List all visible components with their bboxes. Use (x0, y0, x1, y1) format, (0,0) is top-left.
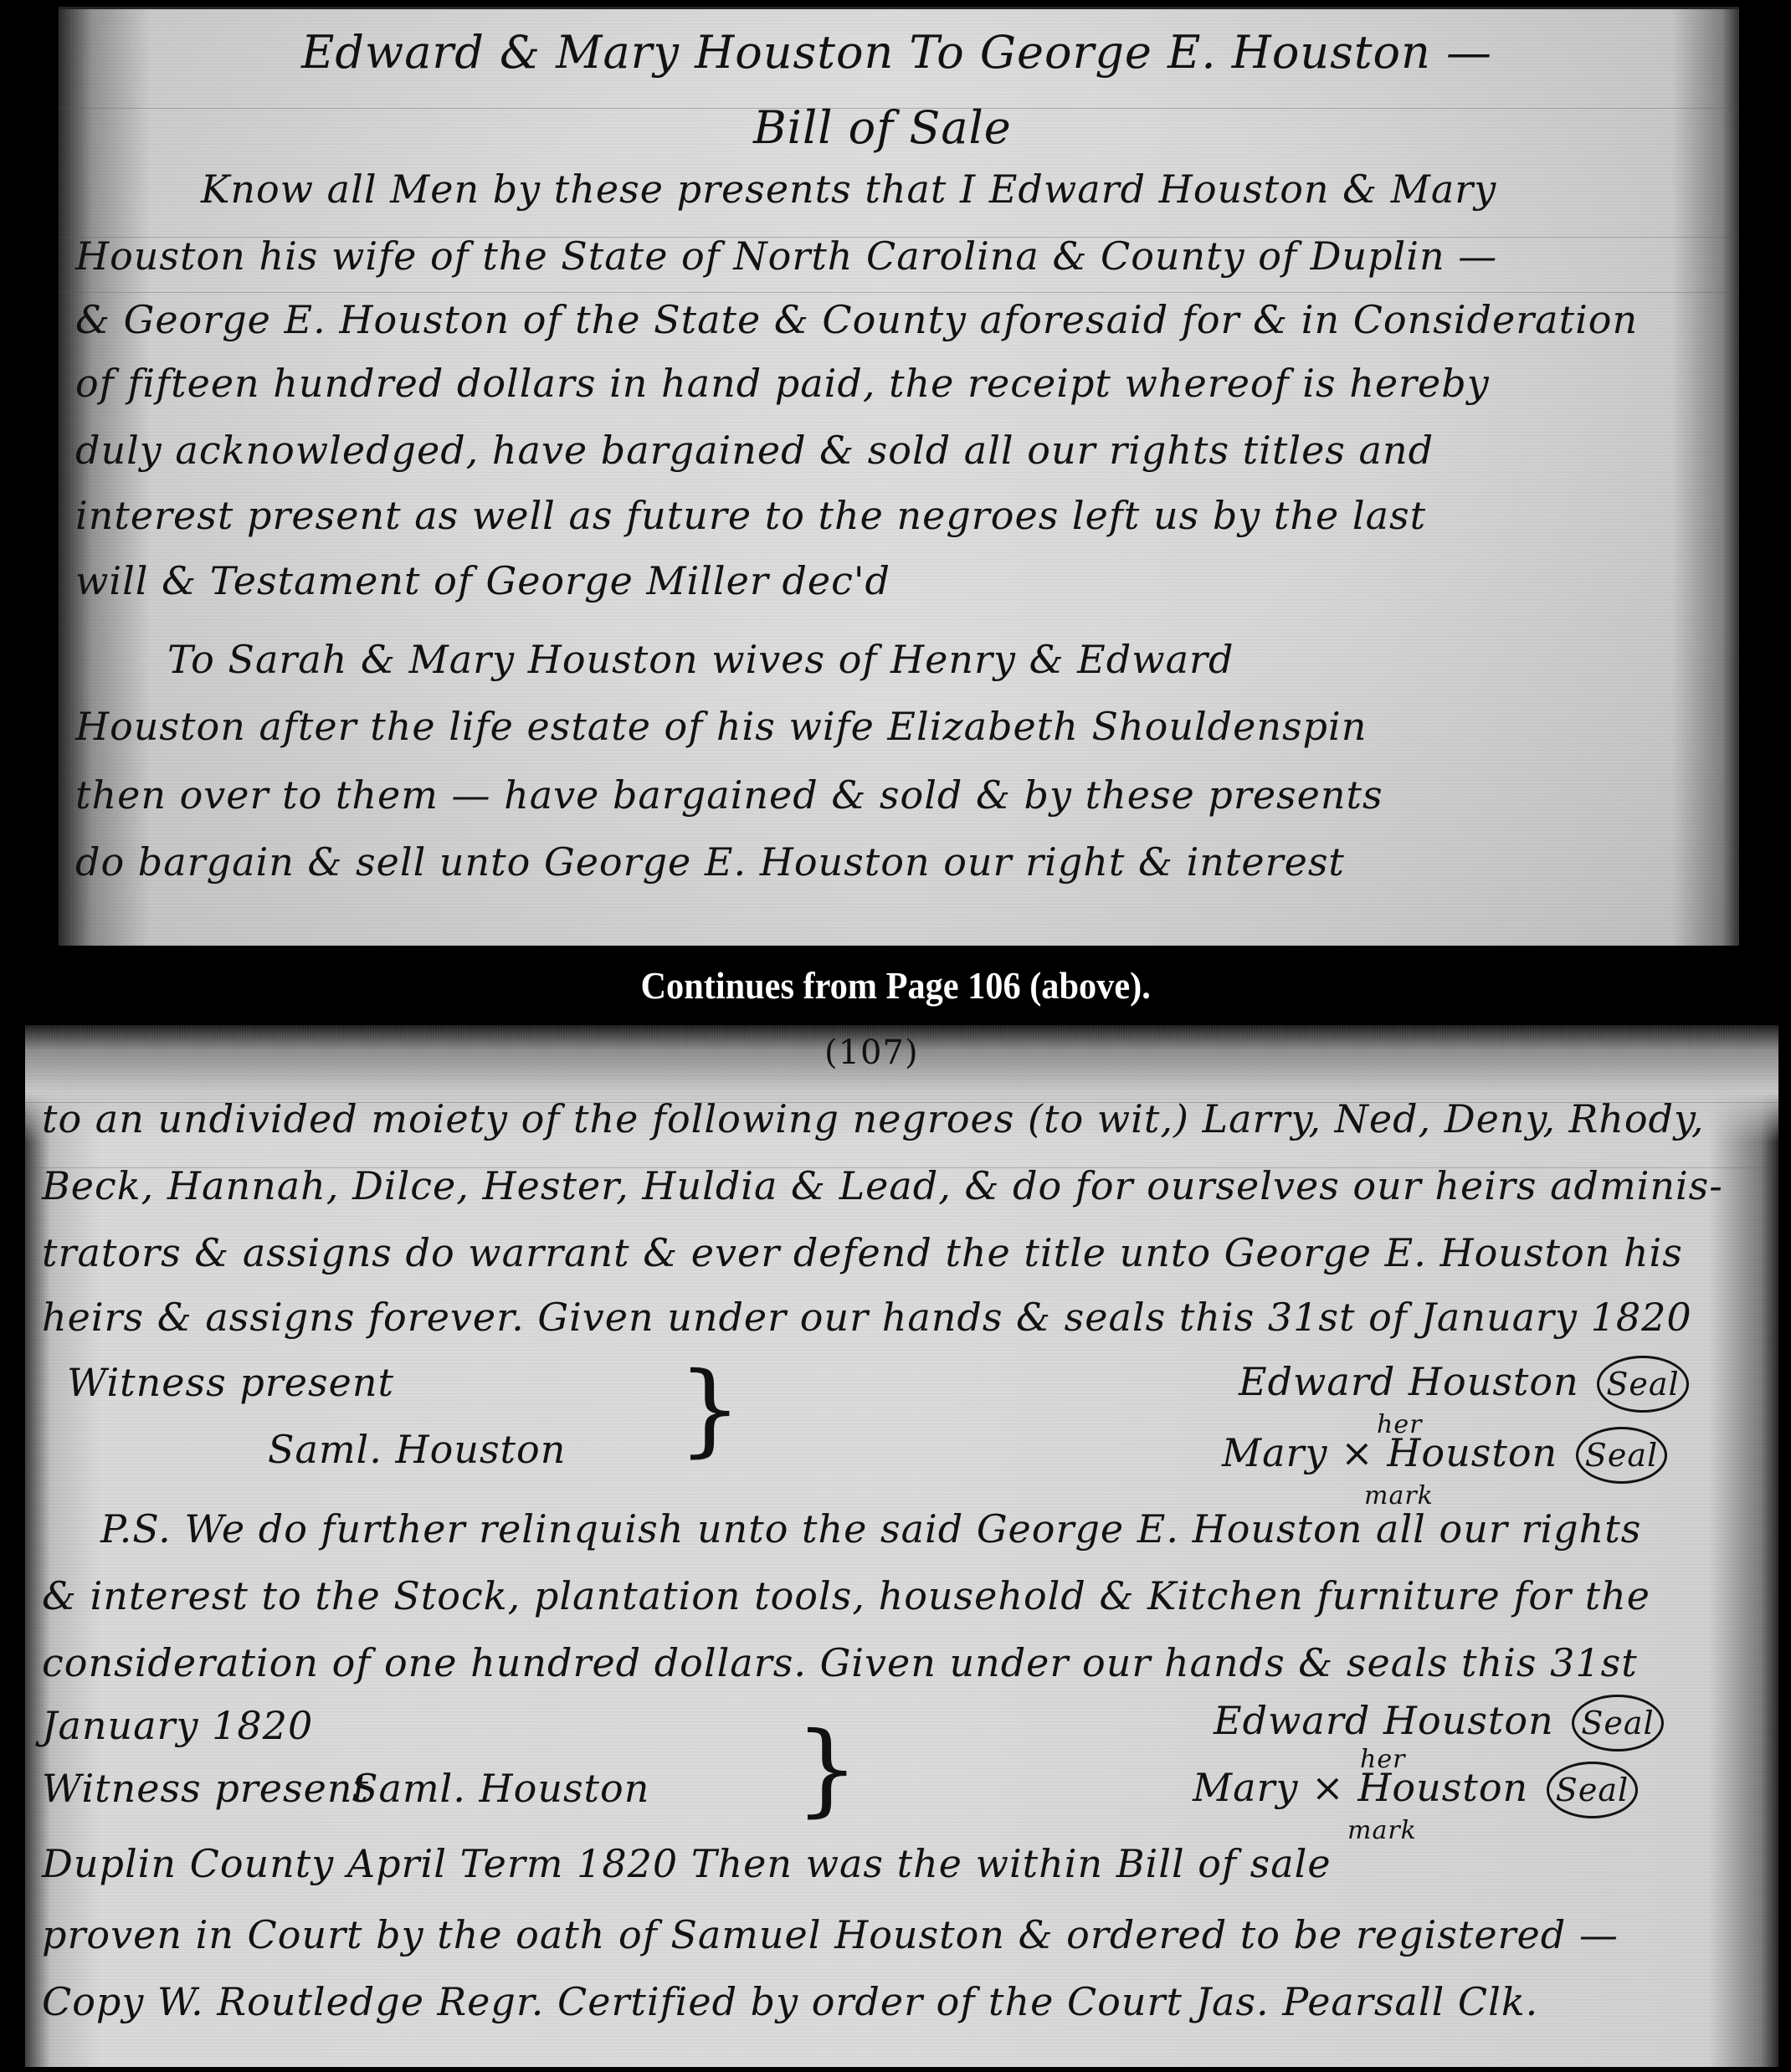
text-line: proven in Court by the oath of Samuel Ho… (42, 1912, 1619, 1957)
signer-mary: Mary × Houston Seal (1193, 1762, 1638, 1818)
signer-name: Edward Houston (1214, 1698, 1554, 1743)
signer-x-mark: × (1341, 1430, 1374, 1475)
signer-first-name: Mary (1193, 1765, 1299, 1810)
signer-edward: Edward Houston Seal (1214, 1695, 1664, 1751)
signer-name: Edward Houston (1239, 1359, 1579, 1404)
lower-document-page: (107) to an undivided moiety of the foll… (25, 1025, 1778, 2067)
text-line: of fifteen hundred dollars in hand paid,… (75, 361, 1490, 406)
witness-label: Witness present (42, 1766, 369, 1811)
document-title: Edward & Mary Houston To George E. Houst… (301, 26, 1492, 79)
text-line: Copy W. Routledge Regr. Certified by ord… (42, 1979, 1538, 2024)
seal-mark: Seal (1576, 1427, 1667, 1484)
brace-mark: } (795, 1720, 859, 1820)
text-line: Duplin County April Term 1820 Then was t… (42, 1841, 1332, 1886)
ruled-line (59, 292, 1739, 293)
signer-last-name: Houston (1357, 1765, 1528, 1810)
text-line: Houston his wife of the State of North C… (75, 233, 1497, 279)
continuation-banner: Continues from Page 106 (above). (0, 946, 1791, 1025)
text-line: To Sarah & Mary Houston wives of Henry &… (167, 637, 1234, 682)
text-line: then over to them — have bargained & sol… (75, 772, 1383, 818)
text-line: & interest to the Stock, plantation tool… (42, 1573, 1650, 1618)
signer-last-name: Houston (1387, 1430, 1558, 1475)
text-line: Know all Men by these presents that I Ed… (201, 167, 1496, 212)
text-line: P.S. We do further relinquish unto the s… (100, 1506, 1641, 1551)
witness-label: Witness present (67, 1360, 394, 1405)
signer-edward: Edward Houston Seal (1239, 1356, 1689, 1413)
text-line: do bargain & sell unto George E. Houston… (75, 839, 1345, 885)
text-line: will & Testament of George Miller dec'd (75, 558, 890, 603)
text-line: consideration of one hundred dollars. Gi… (42, 1640, 1638, 1685)
seal-mark: Seal (1597, 1356, 1688, 1413)
seal-mark: Seal (1547, 1762, 1638, 1818)
witness-signature: Saml. Houston (352, 1766, 649, 1811)
witness-signature: Saml. Houston (268, 1427, 566, 1472)
text-line: January 1820 (42, 1703, 313, 1748)
text-line: trators & assigns do warrant & ever defe… (42, 1230, 1683, 1275)
banner-text: Continues from Page 106 (above). (640, 963, 1150, 1008)
document-subtitle: Bill of Sale (753, 101, 1012, 154)
upper-document-page: Edward & Mary Houston To George E. Houst… (59, 7, 1739, 948)
text-line: to an undivided moiety of the following … (42, 1096, 1705, 1141)
signer-first-name: Mary (1222, 1430, 1328, 1475)
brace-mark: } (678, 1360, 742, 1460)
text-line: heirs & assigns forever. Given under our… (42, 1295, 1692, 1340)
signer-mary: Mary × Houston Seal (1222, 1427, 1667, 1484)
text-line: interest present as well as future to th… (75, 493, 1426, 538)
text-line: & George E. Houston of the State & Count… (75, 297, 1638, 342)
page-number: (107) (824, 1033, 919, 1072)
mark-label: mark (1347, 1816, 1417, 1845)
text-line: Beck, Hannah, Dilce, Hester, Huldia & Le… (42, 1163, 1723, 1208)
signer-x-mark: × (1311, 1765, 1345, 1810)
text-line: duly acknowledged, have bargained & sold… (75, 428, 1434, 473)
text-line: Houston after the life estate of his wif… (75, 704, 1367, 749)
seal-mark: Seal (1572, 1695, 1663, 1751)
